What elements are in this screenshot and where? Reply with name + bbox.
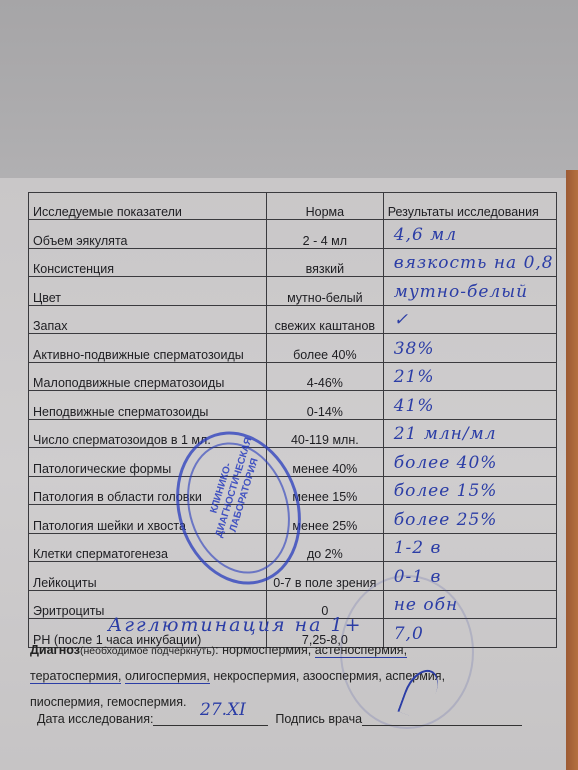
overlapping-sheet [0, 0, 578, 179]
result-cell: 21% [383, 362, 556, 391]
table-row: Патологические формыменее 40%более 40% [29, 448, 557, 477]
result-cell: более 15% [383, 476, 556, 505]
header-norm: Норма [266, 193, 383, 220]
result-cell: 1-2 в [383, 533, 556, 562]
diagnosis-item: некроспермия, [213, 669, 299, 683]
table-header-row: Исследуемые показатели Норма Результаты … [29, 193, 557, 220]
handwritten-result: 41% [394, 396, 435, 416]
date-field [153, 725, 268, 726]
indicator-cell: Запах [29, 305, 267, 334]
diagnosis-item: азооспермия, [303, 669, 382, 683]
result-cell: 41% [383, 391, 556, 420]
date-value: 27.XI [200, 700, 246, 720]
handwritten-note: Агглютинация на 1+ [108, 614, 363, 636]
diagnosis-item: астеноспермия, [315, 643, 407, 658]
indicator-cell: Консистенция [29, 248, 267, 277]
handwritten-result: 38% [394, 339, 435, 359]
handwritten-result: вязкость на 0,8 [394, 253, 554, 273]
diagnosis-item: пиоспермия, [30, 695, 103, 709]
handwritten-result: более 25% [394, 510, 498, 530]
handwritten-result: 21 млн/мл [394, 424, 497, 444]
result-cell: 4,6 мл [383, 220, 556, 249]
table-row: Консистенциявязкийвязкость на 0,8 [29, 248, 557, 277]
handwritten-result: мутно-белый [394, 282, 528, 302]
handwritten-result: более 40% [394, 453, 498, 473]
handwritten-result: 1-2 в [394, 538, 442, 558]
diagnosis-item: гемоспермия. [107, 695, 187, 709]
result-cell: 38% [383, 334, 556, 363]
diagnosis-item: олигоспермия, [125, 669, 210, 684]
handwritten-result: более 15% [394, 481, 498, 501]
diagnosis-label: Диагноз [30, 643, 80, 657]
colon: : [215, 643, 218, 657]
table-row: Малоподвижные сперматозоиды4-46%21% [29, 362, 557, 391]
norm-cell: более 40% [266, 334, 383, 363]
norm-cell: 2 - 4 мл [266, 220, 383, 249]
diagnosis-section: Диагноз(необходимое подчеркнуть): нормос… [30, 640, 550, 718]
norm-cell: 0-14% [266, 391, 383, 420]
signature-field [362, 725, 522, 726]
diagnosis-hint: (необходимое подчеркнуть) [80, 645, 215, 657]
result-cell: мутно-белый [383, 277, 556, 306]
table-row: Неподвижные сперматозоиды0-14%41% [29, 391, 557, 420]
table-row: Запахсвежих каштанов✓ [29, 305, 557, 334]
handwritten-result: 4,6 мл [394, 225, 457, 245]
result-cell: ✓ [383, 305, 556, 334]
date-label: Дата исследования: [37, 712, 153, 726]
table-row: Объем эякулята2 - 4 мл4,6 мл [29, 220, 557, 249]
norm-cell: 40-119 млн. [266, 419, 383, 448]
handwritten-result: 21% [394, 367, 435, 387]
indicator-cell: Неподвижные сперматозоиды [29, 391, 267, 420]
table-row: Лейкоциты0-7 в поле зрения0-1 в [29, 562, 557, 591]
signature-label: Подпись врача [275, 712, 362, 726]
result-cell: 21 млн/мл [383, 419, 556, 448]
handwritten-result: ✓ [394, 310, 409, 330]
indicator-cell: Активно-подвижные сперматозоиды [29, 334, 267, 363]
norm-cell: вязкий [266, 248, 383, 277]
result-cell: более 25% [383, 505, 556, 534]
diagnosis-item: тератоспермия, [30, 669, 121, 684]
header-result: Результаты исследования [383, 193, 556, 220]
indicator-cell: Объем эякулята [29, 220, 267, 249]
result-cell: вязкость на 0,8 [383, 248, 556, 277]
indicator-cell: Малоподвижные сперматозоиды [29, 362, 267, 391]
indicator-cell: Цвет [29, 277, 267, 306]
result-cell: более 40% [383, 448, 556, 477]
norm-cell: свежих каштанов [266, 305, 383, 334]
desk-edge [566, 170, 578, 770]
header-indicator: Исследуемые показатели [29, 193, 267, 220]
table-row: Число сперматозоидов в 1 мл.40-119 млн.2… [29, 419, 557, 448]
table-row: Активно-подвижные сперматозоидыболее 40%… [29, 334, 557, 363]
norm-cell: 4-46% [266, 362, 383, 391]
norm-cell: мутно-белый [266, 277, 383, 306]
footer-row: Дата исследования: Подпись врача [37, 712, 522, 726]
table-row: Цветмутно-белыймутно-белый [29, 277, 557, 306]
results-table: Исследуемые показатели Норма Результаты … [28, 192, 557, 648]
diagnosis-item: нормоспермия, [222, 643, 311, 657]
